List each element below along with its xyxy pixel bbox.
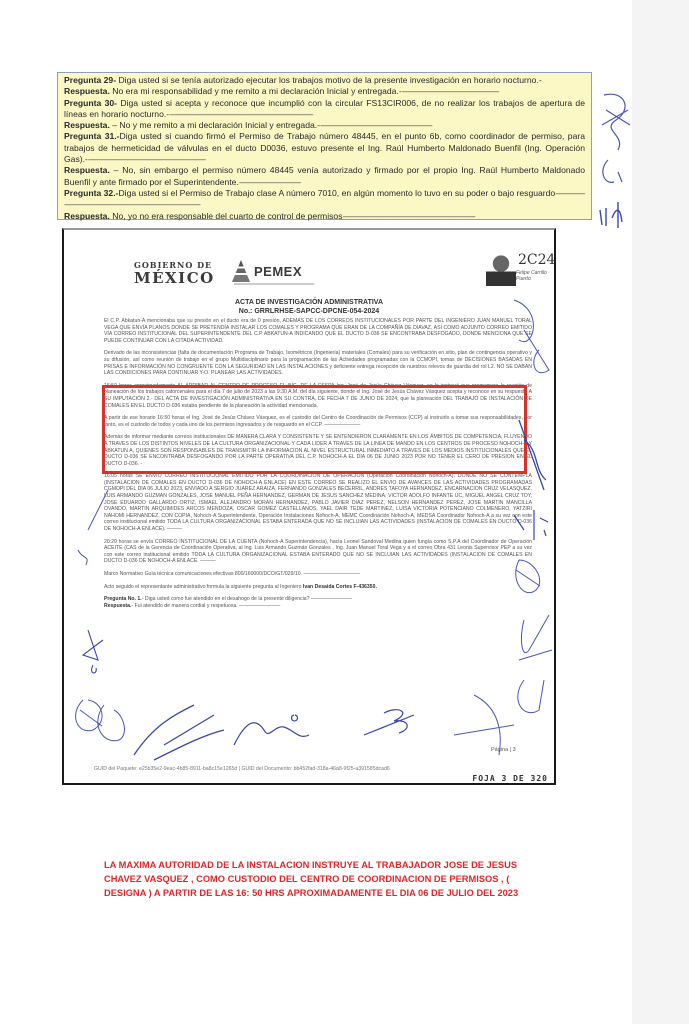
foja-label: FOJA 3 DE 320 — [472, 774, 548, 783]
guid-footer: GUID del Paquete: e25b35e2-9eac-4b85-891… — [94, 766, 390, 772]
gobierno-mexico-logo: GOBIERNO DE MÉXICO — [134, 260, 215, 287]
qa-line-31-answer: Respuesta. – No, sin embargo el permiso … — [64, 165, 585, 188]
paragraph-8: Marco Normativo Guía técnica comunicacio… — [104, 571, 532, 578]
qa-line-30: Pregunta 30- Diga usted si acepta y reco… — [64, 98, 585, 121]
paragraph-7: 20:20 horas se envía CORREO INSTITUCIONA… — [104, 539, 532, 565]
pemex-logo: PEMEX — [232, 260, 302, 282]
page-margin-strip — [632, 0, 689, 1024]
qa-line-29-answer: Respuesta. No era mi responsabilidad y m… — [64, 86, 585, 97]
qa-line-30-answer: Respuesta. – No y me remito a mi declara… — [64, 120, 585, 131]
pemex-tagline-line — [234, 283, 314, 285]
acto-seguido: Acto seguido el representante administra… — [104, 584, 532, 591]
qa-line-32: Pregunta 32.-Diga usted si el Permiso de… — [64, 188, 585, 211]
signatures-bottom — [94, 685, 534, 765]
paragraph-2: Derivado de las inconsistencias (falta d… — [104, 350, 532, 376]
portrait-icon — [486, 254, 516, 286]
signature-mark-top — [596, 90, 636, 230]
respuesta-1: Respuesta.- Fui atendido de manera cordi… — [104, 603, 532, 610]
qa-line-29: Pregunta 29- Diga usted si se tenía auto… — [64, 75, 585, 86]
qa-excerpt-box: Pregunta 29- Diga usted si se tenía auto… — [57, 72, 592, 220]
red-caption: LA MAXIMA AUTORIDAD DE LA INSTALACION IN… — [104, 858, 554, 900]
qa-line-31: Pregunta 31.-Diga usted si cuando firmó … — [64, 131, 585, 165]
scanned-document-page: GOBIERNO DE MÉXICO PEMEX 2C24 Felipe Car… — [62, 228, 556, 785]
pregunta-1: Pregunta No. 1.- Diga usted como fue ate… — [104, 596, 532, 603]
qa-line-32-answer: Respuesta. No, yo no era responsable del… — [64, 211, 585, 222]
paragraph-1: El C.P. Abkatun-A mencionaba que su pres… — [104, 318, 532, 344]
document-title: ACTA DE INVESTIGACIÓN ADMINISTRATIVA No.… — [64, 298, 554, 316]
year-2024-badge: 2C24 Felipe Carrillo Puerto — [486, 248, 552, 288]
paragraph-6: 16:05 horas SE ENVIO CORREO INSTITUCIONA… — [104, 473, 532, 532]
pemex-drop-icon — [232, 260, 250, 282]
page-number-label: Página | 3 — [491, 747, 516, 753]
highlight-box — [102, 385, 527, 474]
